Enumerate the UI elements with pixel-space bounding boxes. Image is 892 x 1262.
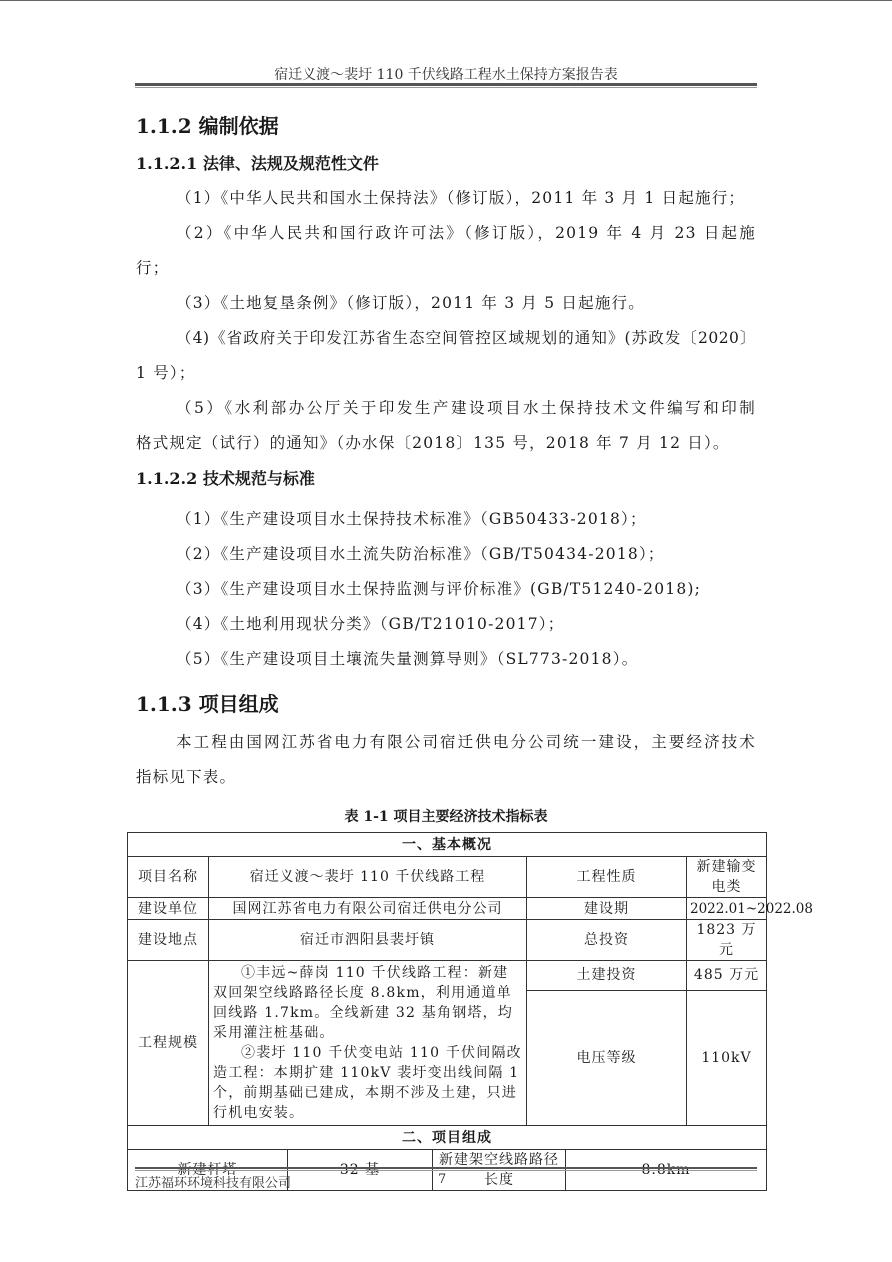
law-item-2-line1: （2）《中华人民共和国行政许可法》（修订版），2019 年 4 月 23 日起施: [176, 221, 756, 243]
law-item-5-line1: （5）《水利部办公厅关于印发生产建设项目水土保持技术文件编写和印制: [176, 396, 756, 418]
row-label: 项目名称: [128, 857, 209, 898]
table-row-scale: 工程规模 ①丰远~薛岗 110 千伏线路工程：新建双回架空线路路径长度 8.8k…: [128, 961, 767, 991]
project-paragraph-line1: 本工程由国网江苏省电力有限公司宿迁供电分公司统一建设，主要经济技术: [176, 730, 756, 752]
project-paragraph-line2: 指标见下表。: [136, 765, 236, 787]
economic-indicators-table: 一、基本概况 项目名称 宿迁义渡～裴圩 110 千伏线路工程 工程性质 新建输变…: [127, 832, 767, 1191]
footer-company: 江苏福环环境科技有限公司: [135, 1172, 291, 1191]
scale-description: ①丰远~薛岗 110 千伏线路工程：新建双回架空线路路径长度 8.8km，利用通…: [209, 961, 527, 1126]
table-row: 建设单位 国网江苏省电力有限公司宿迁供电分公司 建设期 2022.01~2022…: [128, 898, 767, 920]
table-caption: 表 1-1 项目主要经济技术指标表: [0, 806, 892, 826]
row-value: 宿迁义渡～裴圩 110 千伏线路工程: [209, 857, 527, 898]
standard-item-5: （5）《生产建设项目土壤流失量测算导则》（SL773-2018）。: [176, 647, 638, 669]
voltage-level-label: 电压等级: [527, 990, 687, 1125]
row-label: 建设单位: [128, 898, 209, 920]
row-label: 建设地点: [128, 920, 209, 961]
header-rule: [135, 83, 757, 86]
running-header-title: 宿迁义渡～裴圩 110 千伏线路工程水土保持方案报告表: [135, 64, 757, 84]
law-item-4-line1: （4)《省政府关于印发江苏省生态空间管控区域规划的通知》(苏政发〔2020〕: [176, 326, 756, 348]
footer-rule-thin: [135, 1170, 757, 1171]
section-heading-1-1-3: 1.1.3 项目组成: [136, 688, 279, 717]
row-value2: 新建输变电类: [687, 857, 767, 898]
row-label2: 工程性质: [527, 857, 687, 898]
scale-label: 工程规模: [128, 961, 209, 1126]
law-item-1: （1）《中华人民共和国水土保持法》（修订版），2011 年 3 月 1 日起施行…: [176, 186, 745, 208]
law-item-4-line2: 1 号）；: [136, 361, 196, 383]
row-label2: 总投资: [527, 920, 687, 961]
table-row: 项目名称 宿迁义渡～裴圩 110 千伏线路工程 工程性质 新建输变电类: [128, 857, 767, 898]
scale-desc-line-project-1: ①丰远~薛岗 110 千伏线路工程：新建双回架空线路路径长度 8.8km，利用通…: [213, 963, 522, 1043]
civil-investment-label: 土建投资: [527, 961, 687, 991]
voltage-level-value: 110kV: [687, 990, 767, 1125]
subsection-heading-1-1-2-2: 1.1.2.2 技术规范与标准: [136, 466, 315, 489]
footer-rule: [135, 1167, 757, 1169]
standard-item-2: （2）《生产建设项目水土流失防治标准》（GB/T50434-2018）；: [176, 542, 665, 564]
page-number: 7: [438, 1172, 446, 1187]
standard-item-3: （3）《生产建设项目水土保持监测与评价标准》(GB/T51240-2018);: [176, 577, 701, 599]
table-section-row: 二、项目组成: [128, 1126, 767, 1150]
row-value: 国网江苏省电力有限公司宿迁供电分公司: [209, 898, 527, 920]
row-value: 宿迁市泗阳县裴圩镇: [209, 920, 527, 961]
section-heading-1-1-2: 1.1.2 编制依据: [136, 110, 279, 139]
law-item-3: （3）《土地复垦条例》（修订版），2011 年 3 月 5 日起施行。: [176, 291, 645, 313]
table-section-row: 一、基本概况: [128, 833, 767, 857]
header-rule-thin: [135, 87, 757, 88]
page-top-border: [0, 0, 892, 1]
scale-desc-line-project-2: ②裴圩 110 千伏变电站 110 千伏间隔改造工程：本期扩建 110kV 裴圩…: [213, 1043, 522, 1123]
subsection-heading-1-1-2-1: 1.1.2.1 法律、法规及规范性文件: [136, 151, 379, 174]
law-item-5-line2: 格式规定（试行）的通知》（办水保〔2018〕135 号，2018 年 7 月 1…: [136, 431, 730, 453]
row-value2: 1823 万元: [687, 920, 767, 961]
section-title-project-composition: 二、项目组成: [128, 1126, 767, 1150]
table-row: 建设地点 宿迁市泗阳县裴圩镇 总投资 1823 万元: [128, 920, 767, 961]
section-title-basic-overview: 一、基本概况: [128, 833, 767, 857]
law-item-2-line2: 行；: [136, 256, 169, 278]
row-value2: 2022.01~2022.08: [687, 898, 767, 920]
standard-item-4: （4）《土地利用现状分类》（GB/T21010-2017）；: [176, 612, 564, 634]
row-label2: 建设期: [527, 898, 687, 920]
civil-investment-value: 485 万元: [687, 961, 767, 991]
standard-item-1: （1）《生产建设项目水土保持技术标准》（GB50433-2018）；: [176, 507, 647, 529]
